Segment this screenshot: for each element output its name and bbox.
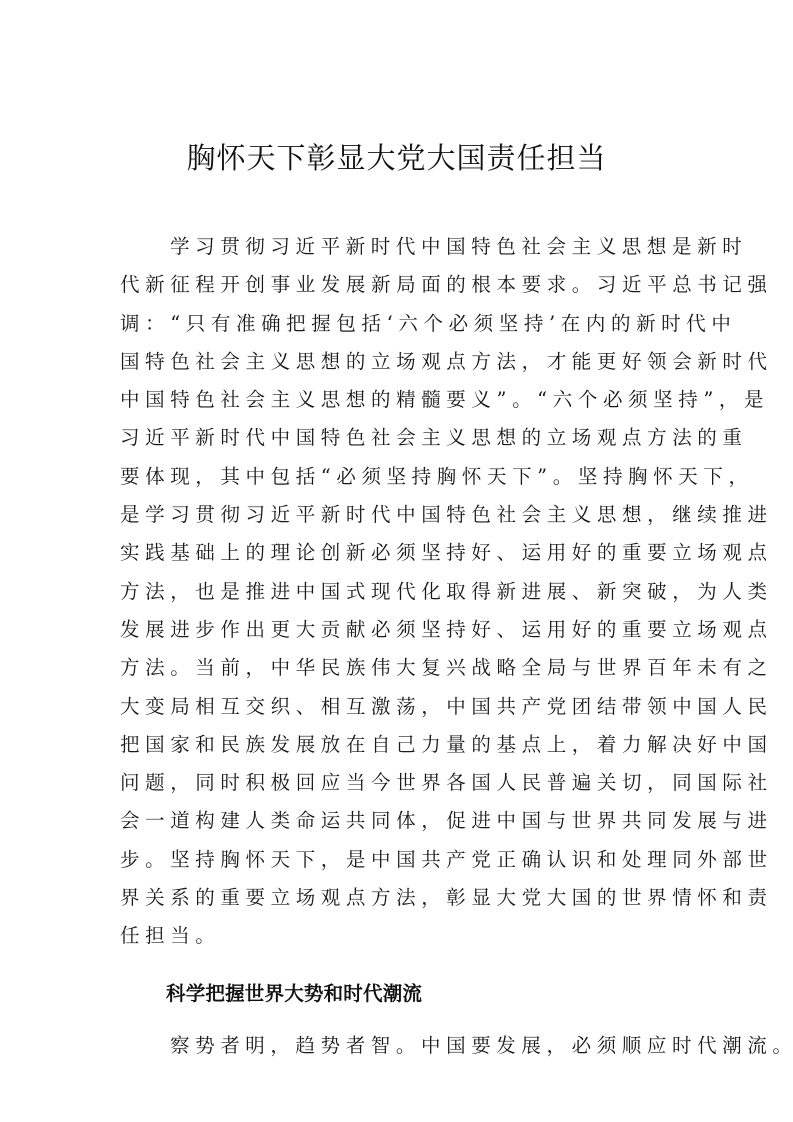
paragraph-line: 会一道构建人类命运共同体，促进中国与世界共同发展与进 (120, 802, 680, 840)
paragraph-line: 问题，同时积极回应当今世界各国人民普遍关切，同国际社 (120, 764, 680, 802)
paragraph-line: 国特色社会主义思想的立场观点方法，才能更好领会新时代 (120, 343, 680, 381)
paragraph-line: 方法，也是推进中国式现代化取得新进展、新突破，为人类 (120, 573, 680, 611)
paragraph-line: 习近平新时代中国特色社会主义思想的立场观点方法的重 (120, 419, 680, 457)
document-body: 学习贯彻习近平新时代中国特色社会主义思想是新时 代新征程开创事业发展新局面的根本… (120, 228, 680, 1064)
paragraph-line: 察势者明，趋势者智。中国要发展，必须顺应时代潮流。 (120, 1026, 680, 1064)
paragraph-2: 察势者明，趋势者智。中国要发展，必须顺应时代潮流。 (120, 1026, 680, 1064)
paragraph-line: 代新征程开创事业发展新局面的根本要求。习近平总书记强 (120, 266, 680, 304)
paragraph-1: 学习贯彻习近平新时代中国特色社会主义思想是新时 代新征程开创事业发展新局面的根本… (120, 228, 680, 956)
paragraph-line: 把国家和民族发展放在自己力量的基点上，着力解决好中国 (120, 726, 680, 764)
paragraph-line: 中国特色社会主义思想的精髓要义”。“六个必须坚持”，是 (120, 381, 680, 419)
document-title: 胸怀天下彰显大党大国责任担当 (0, 138, 793, 178)
paragraph-line: 实践基础上的理论创新必须坚持好、运用好的重要立场观点 (120, 534, 680, 572)
paragraph-line: 发展进步作出更大贡献必须坚持好、运用好的重要立场观点 (120, 611, 680, 649)
paragraph-line: 大变局相互交织、相互激荡，中国共产党团结带领中国人民 (120, 688, 680, 726)
paragraph-line: 任担当。 (120, 917, 680, 955)
paragraph-line: 界关系的重要立场观点方法，彰显大党大国的世界情怀和责 (120, 879, 680, 917)
paragraph-line: 是学习贯彻习近平新时代中国特色社会主义思想，继续推进 (120, 496, 680, 534)
paragraph-line: 调：“只有准确把握包括‘六个必须坚持’在内的新时代中 (120, 305, 680, 343)
section-heading: 科学把握世界大势和时代潮流 (120, 972, 680, 1010)
paragraph-line: 方法。当前，中华民族伟大复兴战略全局与世界百年未有之 (120, 649, 680, 687)
document-page: 胸怀天下彰显大党大国责任担当 学习贯彻习近平新时代中国特色社会主义思想是新时 代… (0, 0, 793, 1122)
paragraph-line: 步。坚持胸怀天下，是中国共产党正确认识和处理同外部世 (120, 841, 680, 879)
paragraph-line: 要体现，其中包括“必须坚持胸怀天下”。坚持胸怀天下， (120, 458, 680, 496)
paragraph-line: 学习贯彻习近平新时代中国特色社会主义思想是新时 (120, 228, 680, 266)
